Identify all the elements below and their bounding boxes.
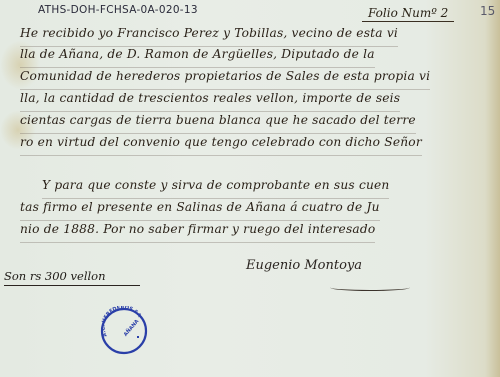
page-number: 15	[480, 4, 495, 18]
body-line: nio de 1888. Por no saber firmar y ruego…	[20, 222, 375, 243]
body-line: Y para que conste y sirva de comprobante…	[42, 178, 389, 199]
body-line: ro en virtud del convenio que tengo cele…	[20, 135, 422, 156]
body-line: Comunidad de herederos propietarios de S…	[20, 69, 430, 90]
stamp-seal-icon: A.C. HEREDEROS SALINAS AÑANA	[99, 306, 149, 356]
body-line: lla, la cantidad de trescientos reales v…	[20, 91, 400, 112]
signature-flourish	[330, 284, 410, 291]
archive-reference: ATHS-DOH-FCHSA-0A-020-13	[38, 4, 198, 16]
body-line: lla de Añana, de D. Ramon de Argüelles, …	[20, 47, 375, 68]
body-line: He recibido yo Francisco Perez y Tobilla…	[20, 26, 398, 47]
svg-text:AÑANA: AÑANA	[122, 318, 140, 338]
archive-stamp: A.C. HEREDEROS SALINAS AÑANA	[99, 306, 149, 356]
body-line: cientas cargas de tierra buena blanca qu…	[20, 113, 416, 134]
amount-note: Son rs 300 vellon	[4, 269, 140, 286]
body-line: tas firmo el presente en Salinas de Añan…	[20, 200, 380, 221]
folio-header: Folio Numº 2	[362, 6, 454, 22]
document-page: ATHS-DOH-FCHSA-0A-020-13 Folio Numº 2 15…	[0, 0, 500, 377]
signature: Eugenio Montoya	[246, 258, 362, 273]
